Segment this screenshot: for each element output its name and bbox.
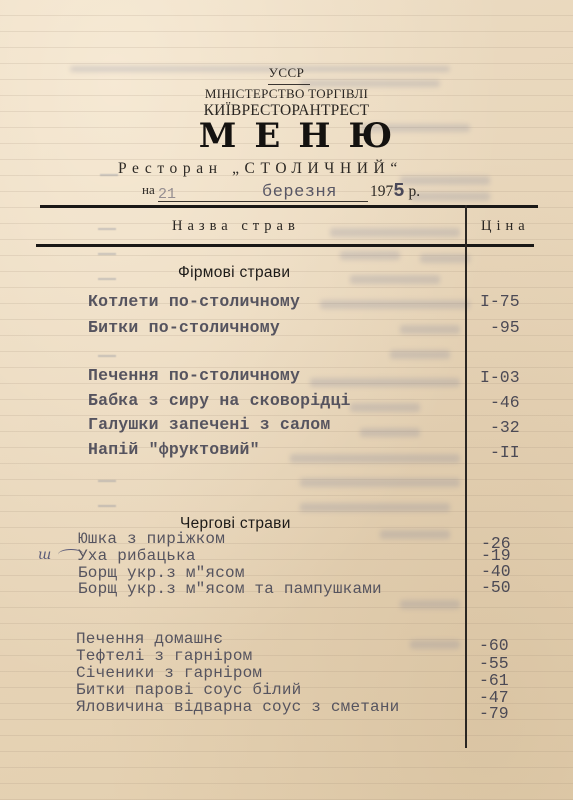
table-header-rule bbox=[36, 244, 534, 247]
menu-item: Битки по-столичному bbox=[88, 318, 280, 337]
menu-item: Битки парові соус білий bbox=[76, 681, 301, 699]
menu-item: Яловичина відварна соус з сметани bbox=[76, 698, 399, 716]
menu-item: Печення домашнє bbox=[76, 630, 223, 648]
column-header-price: Ціна bbox=[481, 218, 530, 235]
header-underline bbox=[268, 84, 310, 85]
menu-price: -50 bbox=[481, 578, 511, 597]
menu-price: -46 bbox=[490, 393, 520, 412]
menu-price: -32 bbox=[490, 418, 520, 437]
menu-item: Печення по-столичному bbox=[88, 366, 300, 385]
price-column-divider bbox=[465, 205, 467, 748]
page-title: МЕНЮ bbox=[0, 116, 573, 156]
menu-item: Уха рибацька bbox=[78, 547, 196, 565]
table-top-rule bbox=[40, 205, 538, 208]
menu-price: I-03 bbox=[480, 368, 520, 387]
menu-price: -95 bbox=[490, 318, 520, 337]
handwritten-margin-note: ш bbox=[38, 547, 51, 563]
date-month: березня bbox=[262, 183, 337, 202]
menu-item: Тефтелі з гарніром bbox=[76, 647, 252, 665]
menu-item: Січеники з гарніром bbox=[76, 664, 262, 682]
menu-item: Котлети по-столичному bbox=[88, 292, 300, 311]
menu-item: Напій "фруктовий" bbox=[88, 440, 260, 459]
year-suffix: р. bbox=[409, 183, 421, 200]
year-typed-digit: 5 bbox=[393, 180, 404, 202]
republic-label: УССР bbox=[0, 65, 573, 81]
ministry-label: МІНІСТЕРСТВО ТОРГІВЛІ bbox=[0, 86, 573, 102]
menu-price: -II bbox=[490, 443, 520, 462]
menu-price: I-75 bbox=[480, 292, 520, 311]
date-day: 21 bbox=[158, 186, 176, 203]
menu-price: -60 bbox=[479, 636, 509, 655]
year-printed: 197 bbox=[370, 183, 393, 200]
date-year: 1975 р. bbox=[370, 180, 420, 202]
section-title-signature: Фірмові страви bbox=[178, 264, 290, 282]
menu-price: -79 bbox=[479, 704, 509, 723]
date-prefix: на bbox=[142, 182, 155, 198]
menu-item: Галушки запечені з салом bbox=[88, 415, 330, 434]
menu-item: Юшка з пиріжком bbox=[78, 530, 225, 548]
column-header-name: Назва страв bbox=[172, 218, 300, 235]
restaurant-name: Ресторан „СТОЛИЧНИЙ“ bbox=[118, 160, 403, 178]
menu-item: Борщ укр.з м"ясом та пампушками bbox=[78, 580, 382, 598]
menu-item: Бабка з сиру на сковорідці bbox=[88, 391, 351, 410]
